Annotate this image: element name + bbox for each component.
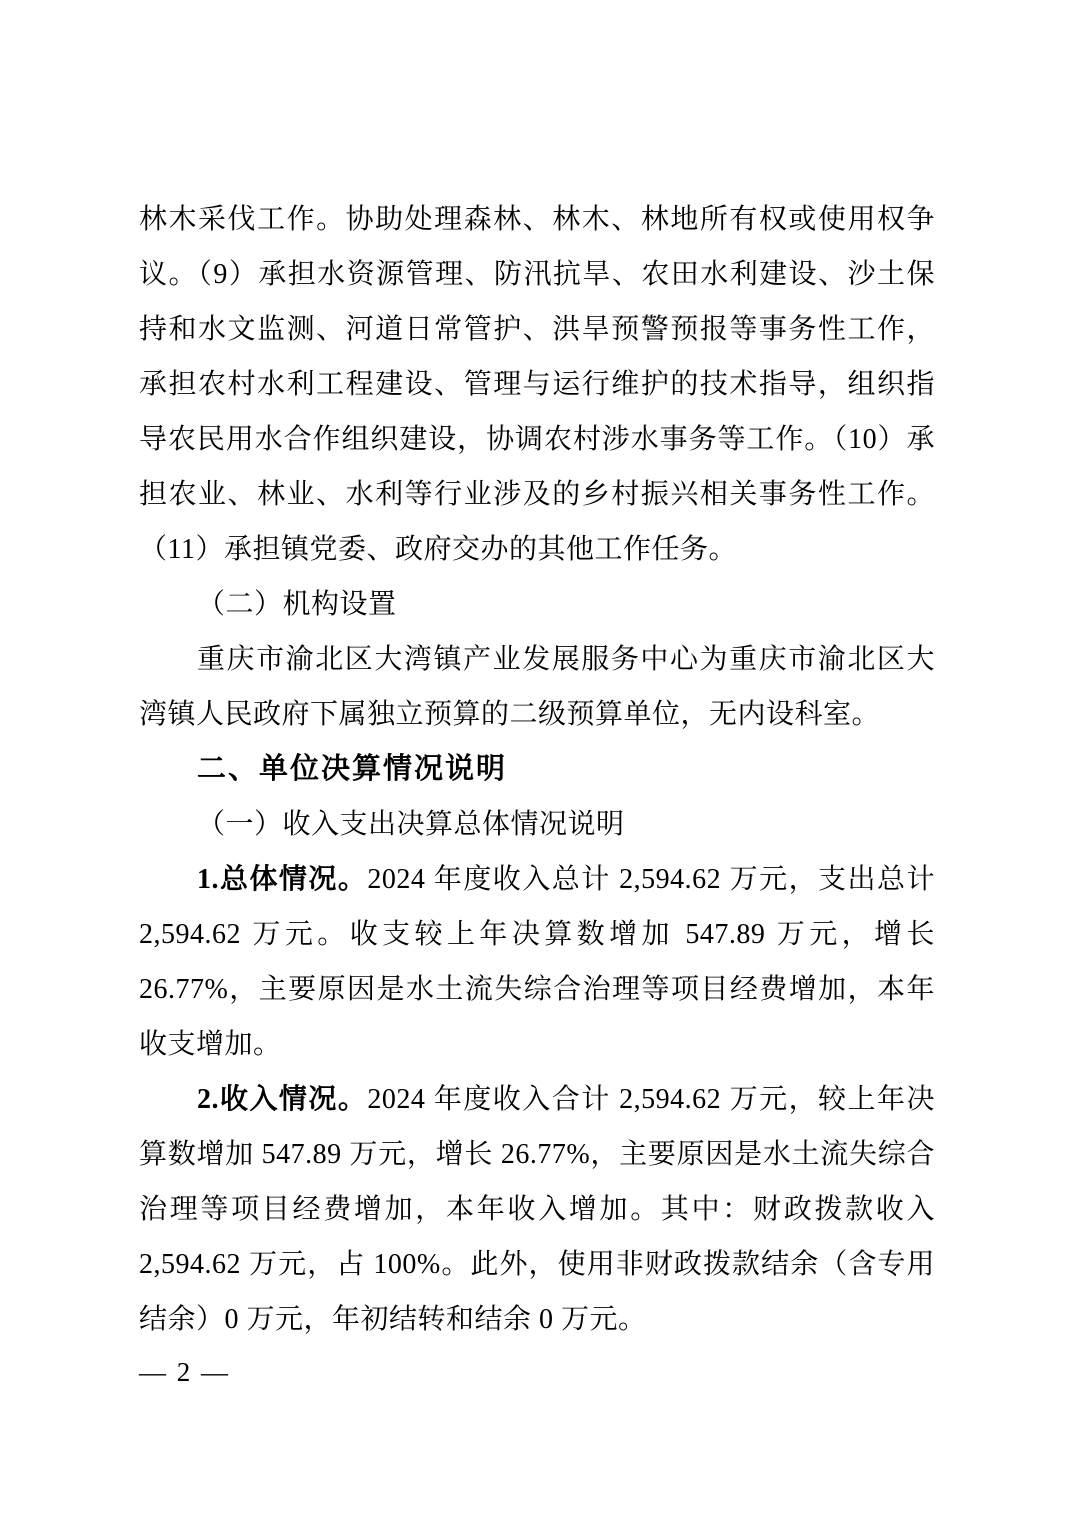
para-continuation-line: 导农民用水合作组织建设，协调农村涉水事务等工作。（10）承: [139, 412, 935, 467]
page-number: — 2 —: [139, 1352, 230, 1392]
para-continuation-line: 担农业、林业、水利等行业涉及的乡村振兴相关事务性工作。: [139, 467, 935, 522]
document-page: 林木采伐工作。协助处理森林、林木、林地所有权或使用权争 议。（9）承担水资源管理…: [0, 0, 1074, 1520]
para-income-line: 2.收入情况。2024 年度收入合计 2,594.62 万元，较上年决: [139, 1072, 935, 1127]
document-text-block: 林木采伐工作。协助处理森林、林木、林地所有权或使用权争 议。（9）承担水资源管理…: [139, 192, 935, 1347]
para-overall-line: 26.77%，主要原因是水土流失综合治理等项目经费增加，本年: [139, 962, 935, 1017]
para-overall-lead: 1.总体情况。: [197, 864, 367, 895]
para-income-line: 结余）0 万元，年初结转和结余 0 万元。: [139, 1292, 935, 1347]
para-income-line: 治理等项目经费增加，本年收入增加。其中：财政拨款收入: [139, 1182, 935, 1237]
para-overall-line1-rest: 2024 年度收入总计 2,594.62 万元，支出总计: [367, 864, 935, 895]
para-continuation-line: 承担农村水利工程建设、管理与运行维护的技术指导，组织指: [139, 357, 935, 412]
para-continuation-line: （11）承担镇党委、政府交办的其他工作任务。: [139, 522, 935, 577]
para-overall-line: 1.总体情况。2024 年度收入总计 2,594.62 万元，支出总计: [139, 852, 935, 907]
para-overall-line: 2,594.62 万元。收支较上年决算数增加 547.89 万元，增长: [139, 907, 935, 962]
heading-section2: 二、单位决算情况说明: [139, 742, 935, 797]
para-income-lead: 2.收入情况。: [197, 1084, 367, 1115]
para-income-line1-rest: 2024 年度收入合计 2,594.62 万元，较上年决: [367, 1084, 935, 1115]
para-income-line: 算数增加 547.89 万元，增长 26.77%，主要原因是水土流失综合: [139, 1127, 935, 1182]
para-org-line: 重庆市渝北区大湾镇产业发展服务中心为重庆市渝北区大: [139, 632, 935, 687]
para-continuation-line: 议。（9）承担水资源管理、防汛抗旱、农田水利建设、沙土保: [139, 247, 935, 302]
para-continuation-line: 林木采伐工作。协助处理森林、林木、林地所有权或使用权争: [139, 192, 935, 247]
para-income-line: 2,594.62 万元，占 100%。此外，使用非财政拨款结余（含专用: [139, 1237, 935, 1292]
heading-sub1: （一）收入支出决算总体情况说明: [139, 797, 935, 852]
para-overall-line: 收支增加。: [139, 1017, 935, 1072]
para-continuation-line: 持和水文监测、河道日常管护、洪旱预警预报等事务性工作，: [139, 302, 935, 357]
para-org-line: 湾镇人民政府下属独立预算的二级预算单位，无内设科室。: [139, 687, 935, 742]
heading-org-setup: （二）机构设置: [139, 577, 935, 632]
